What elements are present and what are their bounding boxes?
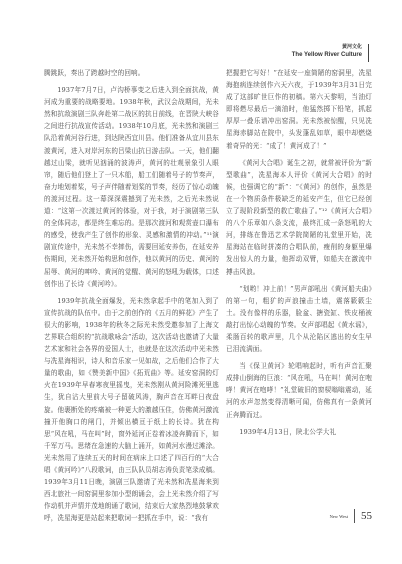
right-text-column: 把握把它写好！”在延安一座简陋的窑洞里，冼星海抱病连续创作六天六夜，于1939年… (226, 67, 372, 443)
section-title-zh: 黄河文化 (292, 44, 362, 51)
page-number: 55 (361, 510, 372, 522)
footer-divider (354, 509, 355, 523)
paragraph: 1939年抗战全面爆发，光未然拿起手中的笔加入到了宣传抗战的队伍中。由于之前创作… (44, 295, 219, 525)
paragraph: 《黄河大合唱》诞生之初，就常被评价为“新型歌曲”，冼星海本人评价《黄河大合唱》的… (226, 157, 372, 278)
paragraph: 当《保卫黄河》轮唱响起时，听有声音汇聚成排山倒海的巨浪：“风在吼，马在叫！黄河在… (226, 360, 372, 420)
paragraph: 腾跳跃，奏出了跨越时空的回响。 (44, 67, 219, 79)
paragraph: 1939年4月13日，陕北公学大礼 (226, 426, 372, 438)
paragraph: “划哟！冲上前！”男声部吼出《黄河船夫曲》的第一句，粗犷的声浪撞击土墙，震落簌簌… (226, 283, 372, 356)
paragraph: 1937年7月7日，卢沟桥事变之后进入到全面抗战，黄河成为重要的战略要地。193… (44, 84, 219, 290)
left-text-column: 腾跳跃，奏出了跨越时空的回响。 1937年7月7日，卢沟桥事变之后进入到全面抗战… (44, 67, 219, 529)
magazine-name: New West (330, 514, 354, 519)
section-header: 黄河文化 The Yellow River Culture (292, 44, 369, 62)
page-footer: New West 55 (330, 509, 372, 523)
paragraph: 把握把它写好！”在延安一座简陋的窑洞里，冼星海抱病连续创作六天六夜，于1939年… (226, 67, 372, 152)
section-title-en: The Yellow River Culture (292, 51, 362, 60)
